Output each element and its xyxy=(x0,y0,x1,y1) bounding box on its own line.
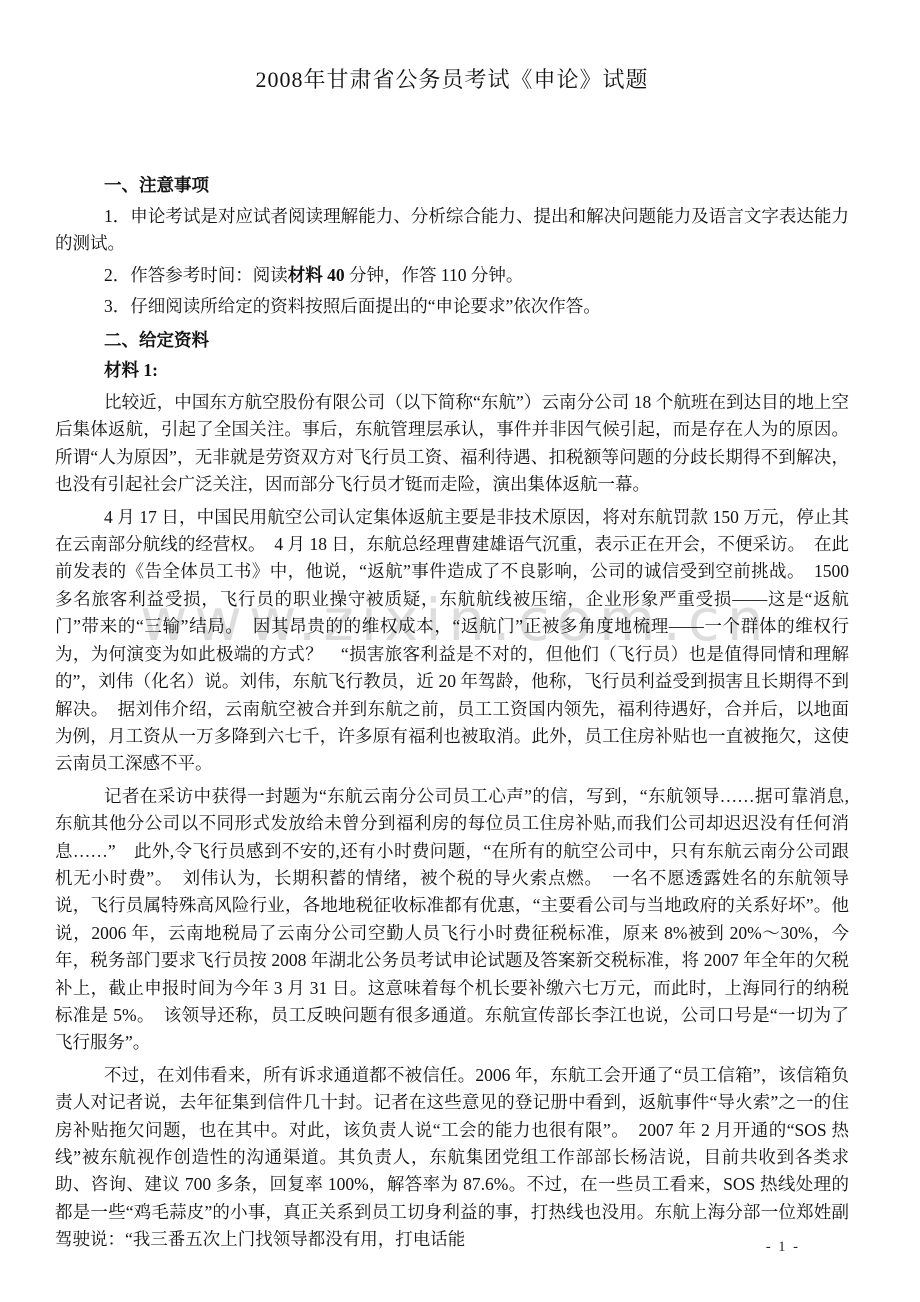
notice-item-2-bold-text: 材料 40 xyxy=(288,265,345,285)
material-1-paragraph-4: 不过，在刘伟看来，所有诉求通道都不被信任。2006 年，东航工会开通了“员工信箱… xyxy=(55,1062,849,1254)
notice-item-2: 2．作答参考时间：阅读材料 40 分钟，作答 110 分钟。 xyxy=(55,262,849,289)
document-page: www.zixin.com.cn 2008年甘肃省公务员考试《申论》试题 一、注… xyxy=(0,0,920,1302)
document-content: 2008年甘肃省公务员考试《申论》试题 一、注意事项 1．申论考试是对应试者阅读… xyxy=(55,64,849,1259)
material-1-label: 材料 1: xyxy=(55,357,849,384)
document-title: 2008年甘肃省公务员考试《申论》试题 xyxy=(55,64,849,96)
notice-item-2-text: 2．作答参考时间：阅读 xyxy=(104,265,288,285)
material-1-paragraph-2: 4 月 17 日，中国民用航空公司认定集体返航主要是非技术原因，将对东航罚款 1… xyxy=(55,504,849,778)
section-heading-notice: 一、注意事项 xyxy=(55,172,849,199)
notice-item-1: 1．申论考试是对应试者阅读理解能力、分析综合能力、提出和解决问题能力及语言文字表… xyxy=(55,203,849,258)
section-heading-materials: 二、给定资料 xyxy=(55,327,849,354)
notice-item-2-rest: 分钟，作答 110 分钟。 xyxy=(345,265,524,285)
notice-item-3: 3．仔细阅读所给定的资料按照后面提出的“申论要求”依次作答。 xyxy=(55,293,849,320)
material-1-paragraph-1: 比较近，中国东方航空股份有限公司（以下简称“东航”）云南分公司 18 个航班在到… xyxy=(55,389,849,499)
material-1-paragraph-3: 记者在采访中获得一封题为“东航云南分公司员工心声”的信，写到，“东航领导……据可… xyxy=(55,783,849,1057)
page-number: - 1 - xyxy=(766,1238,800,1256)
